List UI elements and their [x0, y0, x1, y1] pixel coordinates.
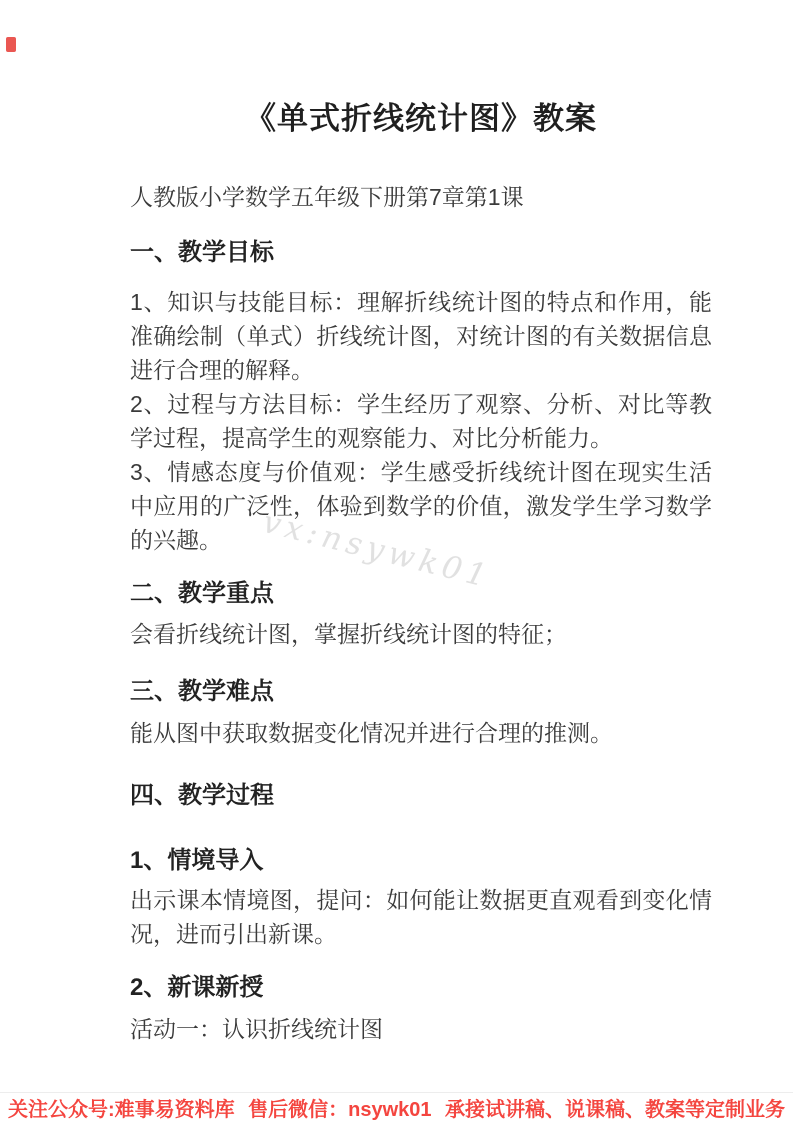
paragraph-goal-knowledge: 1、知识与技能目标：理解折线统计图的特点和作用，能准确绘制（单式）折线统计图，对… — [130, 285, 712, 387]
paragraph-difficulties: 能从图中获取数据变化情况并进行合理的推测。 — [130, 716, 712, 750]
section-heading-difficulties: 三、教学难点 — [130, 679, 712, 704]
document-subtitle: 人教版小学数学五年级下册第7章第1课 — [130, 180, 712, 214]
promo-footer: 关注公众号:难事易资料库 售后微信：nsywk01 承接试讲稿、说课稿、教案等定… — [0, 1092, 793, 1122]
paragraph-key-points: 会看折线统计图，掌握折线统计图的特征； — [130, 617, 712, 651]
document-content: 《单式折线统计图》教案 人教版小学数学五年级下册第7章第1课 一、教学目标 1、… — [0, 0, 793, 1046]
paragraph-goal-process: 2、过程与方法目标：学生经历了观察、分析、对比等教学过程，提高学生的观察能力、对… — [130, 387, 712, 455]
subsection-heading-new-lesson: 2、新课新授 — [130, 975, 712, 1000]
section-heading-teaching-goals: 一、教学目标 — [130, 240, 712, 265]
subsection-heading-situation-intro: 1、情境导入 — [130, 848, 712, 873]
section-heading-teaching-process: 四、教学过程 — [130, 783, 712, 808]
paragraph-goal-affect: 3、情感态度与价值观：学生感受折线统计图在现实生活中应用的广泛性，体验到数学的价… — [130, 455, 712, 557]
footer-public-account: 关注公众号:难事易资料库 — [8, 1093, 235, 1122]
footer-services: 承接试讲稿、说课稿、教案等定制业务 — [445, 1093, 785, 1122]
page-title: 《单式折线统计图》教案 — [130, 102, 712, 136]
document-page: vx:nsywk01 《单式折线统计图》教案 人教版小学数学五年级下册第7章第1… — [0, 0, 793, 1122]
section-heading-key-points: 二、教学重点 — [130, 581, 712, 606]
paragraph-activity-one: 活动一：认识折线统计图 — [130, 1012, 712, 1046]
paragraph-situation-intro: 出示课本情境图，提问：如何能让数据更直观看到变化情况，进而引出新课。 — [130, 883, 712, 951]
footer-wechat-contact: 售后微信：nsywk01 — [248, 1093, 431, 1122]
